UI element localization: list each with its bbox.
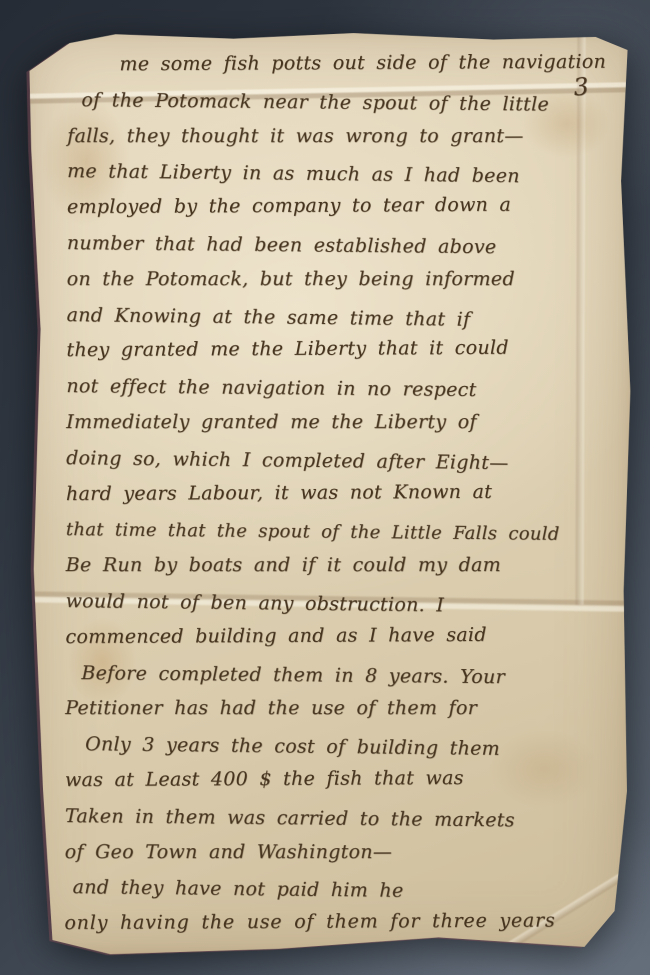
manuscript-line: on the Potomack, but they being informed [67,262,607,298]
manuscript-page: 3 me some fish potts out side of the nav… [18,27,633,959]
manuscript-line: of Geo Town and Washington— [65,835,605,871]
manuscript-photo: 3 me some fish potts out side of the nav… [18,27,633,959]
manuscript-line: commenced building and as I have said [65,617,605,656]
manuscript-line: was at Least 400 $ the fish that was [65,760,605,799]
manuscript-line: only having the use of them for three ye… [64,903,604,942]
manuscript-line: me some fish potts out side of the navig… [119,45,607,83]
manuscript-line: Immediately granted me the Liberty of [66,405,606,441]
manuscript-line: Taken in them was carried to the markets [65,799,605,840]
manuscript-line: employed by the company to tear down a [67,187,607,226]
handwritten-text-block: me some fish potts out side of the navig… [64,47,607,944]
manuscript-line: of the Potomack near the spout of the li… [81,83,607,124]
manuscript-line: hard years Labour, it was not Known at [66,474,606,513]
manuscript-line: number that had been established above [67,226,607,267]
manuscript-line: Be Run by boats and if it could my dam [66,548,606,584]
manuscript-line: falls, they thought it was wrong to gran… [67,119,607,155]
manuscript-line: Petitioner has had the use of them for [65,691,605,727]
manuscript-line: they granted me the Liberty that it coul… [66,331,606,370]
